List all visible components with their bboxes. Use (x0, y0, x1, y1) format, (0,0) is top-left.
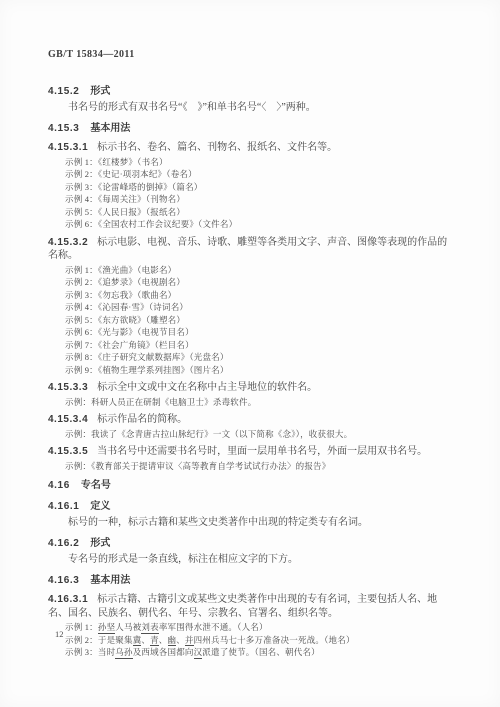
proper-name-underlined: 汉 (194, 647, 203, 659)
example-line: 示例 3：《论雷峰塔的倒掉》（篇名） (65, 182, 456, 193)
example-text: 示例：我读了《念青唐古拉山脉纪行》一文（以下简称《念》），收获很大。 (65, 429, 352, 439)
paragraph: 标号的一种，标示古籍和某些文史类著作中出现的特定类专有名词。 (48, 516, 456, 529)
example-text: 示例 8：《庄子研究文献数据库》（光盘名） (65, 352, 229, 362)
proper-name-underlined: 乌孙 (115, 647, 132, 659)
example-line: 示例 9：《植物生理学系列挂图》（图片名） (65, 365, 456, 376)
clause-body-text: 标示书名、卷名、篇名、刊物名、报纸名、文件名等。 (97, 142, 337, 153)
example-text: 示例 1：《渔光曲》（电影名） (65, 265, 176, 275)
example-text: 、 (159, 635, 168, 645)
standard-number-header: GB/T 15834—2011 (48, 49, 135, 60)
example-text: 示例 3：当时 (65, 647, 115, 657)
clause-title: 形式 (90, 538, 110, 549)
clause-number: 4.15.3 (48, 123, 79, 134)
example-text: 示例 6：《全国农村工作会议纪要》（文件名） (65, 219, 237, 229)
clause-number: 4.15.3.1 (48, 142, 88, 153)
example-text: 示例 7：《社会广角镜》（栏目名） (65, 340, 194, 350)
clause-number: 4.15.3.3 (48, 382, 88, 393)
example-text: 、 (176, 635, 185, 645)
example-text: 示例 1： (65, 622, 98, 632)
example-line: 示例 6：《全国农村工作会议纪要》（文件名） (65, 219, 456, 230)
clause-heading: 4.15.3基本用法 (48, 122, 456, 135)
page-number: 12 (55, 629, 64, 639)
example-line: 示例：《教育部关于提请审议〈高等教育自学考试试行办法〉的报告》 (65, 461, 456, 472)
clause-number: 4.15.3.5 (48, 446, 88, 457)
example-text: 示例 3：《勿忘我》（歌曲名） (65, 290, 176, 300)
proper-name-underlined: 青 (150, 635, 159, 647)
proper-name-underlined: 孙坚 (98, 622, 115, 634)
clause-number: 4.16.3.1 (48, 594, 88, 605)
example-line: 示例 1：孙坚人马被刘表率军围得水泄不通。（人名） (65, 622, 456, 633)
example-text: 示例 4：《沁园春·雪》（诗词名） (65, 302, 188, 312)
example-text: 、 (141, 635, 150, 645)
clause-number: 4.15.3.4 (48, 414, 88, 425)
example-text: 示例 9：《植物生理学系列挂图》（图片名） (65, 365, 229, 375)
clause-title: 专名号 (81, 480, 111, 491)
clause-title: 基本用法 (90, 575, 130, 586)
example-line: 示例 5：《东方欲晓》（雕塑名） (65, 315, 456, 326)
paragraph: 专名号的形式是一条直线，标注在相应文字的下方。 (48, 553, 456, 566)
example-text: 及西域各国都向 (133, 647, 194, 657)
clause-text: 4.15.3.1标示书名、卷名、篇名、刊物名、报纸名、文件名等。 (48, 141, 456, 155)
clause-heading: 4.16专名号 (48, 479, 456, 492)
example-text: 示例 5：《东方欲晓》（雕塑名） (65, 315, 185, 325)
clause-body-text: 标示电影、电视、音乐、诗歌、雕塑等各类用文字、声音、图像等表现的作品的名称。 (48, 237, 447, 262)
example-text: 派遣了使节。（国名、朝代名） (202, 647, 320, 657)
clause-text: 4.15.3.4标示作品名的简称。 (48, 413, 456, 427)
example-line: 示例 2：《追梦录》（电视剧名） (65, 277, 456, 288)
clause-text: 4.15.3.3标示全中文或中文在名称中占主导地位的软件名。 (48, 381, 456, 395)
example-text: 示例 2：《追梦录》（电视剧名） (65, 277, 185, 287)
example-line: 示例 1：《渔光曲》（电影名） (65, 265, 456, 276)
clause-number: 4.16.3 (48, 575, 79, 586)
example-line: 示例 8：《庄子研究文献数据库》（光盘名） (65, 352, 456, 363)
clause-heading: 4.16.2形式 (48, 537, 456, 550)
paragraph: 书名号的形式有双书名号“《 》”和单书名号“〈 〉”两种。 (48, 101, 456, 114)
clause-number: 4.15.2 (48, 86, 79, 97)
example-line: 示例 3：当时乌孙及西域各国都向汉派遣了使节。（国名、朝代名） (65, 647, 456, 658)
example-line: 示例 1：《红楼梦》（书名） (65, 157, 456, 168)
clause-number: 4.16 (48, 480, 70, 491)
clause-body-text: 当书名号中还需要书名号时，里面一层用单书名号，外面一层用双书名号。 (97, 446, 427, 457)
example-line: 示例 6：《光与影》（电视节目名） (65, 327, 456, 338)
document-page: GB/T 15834—2011 4.15.2形式书名号的形式有双书名号“《 》”… (0, 0, 500, 707)
proper-name-underlined: 刘表 (141, 622, 158, 634)
example-line: 示例 4：《每周关注》（刊物名） (65, 194, 456, 205)
example-text: 示例 2：于是聚集 (65, 635, 133, 645)
example-text: 示例 1：《红楼梦》（书名） (65, 157, 168, 167)
example-text: 示例 2：《史记·项羽本纪》（卷名） (65, 169, 197, 179)
example-line: 示例 3：《勿忘我》（歌曲名） (65, 290, 456, 301)
clause-title: 定义 (90, 501, 110, 512)
clause-title: 基本用法 (90, 123, 130, 134)
proper-name-underlined: 幽 (168, 635, 177, 647)
example-text: 率军围得水泄不通。（人名） (159, 622, 268, 632)
example-text: 示例 4：《每周关注》（刊物名） (65, 194, 185, 204)
example-text: 示例：科研人员正在研制《电脑卫士》杀毒软件。 (65, 397, 256, 407)
document-content: 4.15.2形式书名号的形式有双书名号“《 》”和单书名号“〈 〉”两种。4.1… (48, 85, 456, 658)
clause-body-text: 标示作品名的简称。 (97, 414, 187, 425)
example-text: 示例 5：《人民日报》（报纸名） (65, 207, 185, 217)
example-text: 示例 6：《光与影》（电视节目名） (65, 327, 194, 337)
example-line: 示例：科研人员正在研制《电脑卫士》杀毒软件。 (65, 397, 456, 408)
clause-text: 4.15.3.2标示电影、电视、音乐、诗歌、雕塑等各类用文字、声音、图像等表现的… (48, 236, 456, 263)
clause-body-text: 标示古籍、古籍引文或某些文史类著作中出现的专有名词，主要包括人名、地名、国名、民… (48, 594, 437, 619)
example-text: 示例：《教育部关于提请审议〈高等教育自学考试试行办法〉的报告》 (65, 461, 330, 471)
clause-heading: 4.16.1定义 (48, 500, 456, 513)
example-text: 示例 3：《论雷峰塔的倒掉》（篇名） (65, 182, 202, 192)
clause-number: 4.16.1 (48, 501, 79, 512)
clause-text: 4.15.3.5当书名号中还需要书名号时，里面一层用单书名号，外面一层用双书名号… (48, 445, 456, 459)
example-line: 示例 5：《人民日报》（报纸名） (65, 207, 456, 218)
clause-number: 4.16.2 (48, 538, 79, 549)
clause-heading: 4.16.3基本用法 (48, 574, 456, 587)
example-text: 四州兵马七十多万准备决一死战。（地名） (194, 635, 355, 645)
example-text: 人马被 (115, 622, 141, 632)
clause-body-text: 标示全中文或中文在名称中占主导地位的软件名。 (97, 382, 317, 393)
example-line: 示例 2：《史记·项羽本纪》（卷名） (65, 169, 456, 180)
clause-number: 4.15.3.2 (48, 237, 88, 248)
clause-heading: 4.15.2形式 (48, 85, 456, 98)
example-line: 示例：我读了《念青唐古拉山脉纪行》一文（以下简称《念》），收获很大。 (65, 429, 456, 440)
clause-title: 形式 (90, 86, 110, 97)
proper-name-underlined: 并 (185, 635, 194, 647)
clause-text: 4.16.3.1标示古籍、古籍引文或某些文史类著作中出现的专有名词，主要包括人名… (48, 593, 456, 620)
example-line: 示例 2：于是聚集冀、青、幽、并四州兵马七十多万准备决一死战。（地名） (65, 635, 456, 646)
example-line: 示例 4：《沁园春·雪》（诗词名） (65, 302, 456, 313)
example-line: 示例 7：《社会广角镜》（栏目名） (65, 340, 456, 351)
